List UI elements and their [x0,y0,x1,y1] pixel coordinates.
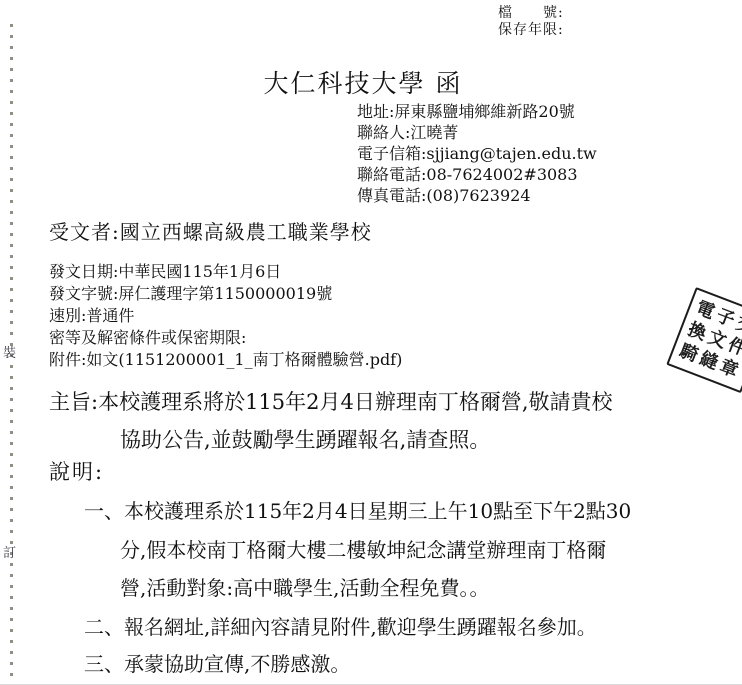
subject-line-2: 協助公告,並鼓勵學生踴躍報名,請查照。 [49,421,613,459]
explanation-item-1-line-2: 分,假本校南丁格爾大樓二樓敏坤紀念講堂辦理南丁格爾 [120,534,606,563]
explanation-item-1-line-1: 一、本校護理系於115年2月4日星期三上午10點至下午2點30 [84,495,631,524]
document-number: 發文字號:屏仁護理字第1150000019號 [49,283,402,305]
attachment-reference: 附件:如文(1151200001_1_南丁格爾體驗營.pdf) [49,349,402,371]
retention-period-label: 保存年限: [498,22,564,39]
margin-marker-stitch: 訂 [3,547,16,560]
issue-date: 發文日期:中華民國115年1月6日 [49,261,402,283]
sender-phone: 聯絡電話:08-7624002#3083 [357,164,597,185]
subject-line-1: 主旨:本校護理系將於115年2月4日辦理南丁格爾營,敬請貴校 [49,383,613,421]
explanation-heading: 說明: [49,456,104,486]
margin-marker-binding: 裝 [3,347,16,360]
sender-fax: 傳真電話:(08)7623924 [357,185,597,206]
priority-level: 速別:普通件 [49,305,402,327]
classification-block: 檔 號: 保存年限: [498,5,564,39]
subject-block: 主旨:本校護理系將於115年2月4日辦理南丁格爾營,敬請貴校 協助公告,並鼓勵學… [49,383,613,459]
document-title: 大仁科技大學 函 [0,64,726,100]
security-classification: 密等及解密條件或保密期限: [49,327,402,349]
explanation-item-2: 二、報名網址,詳細內容請見附件,歡迎學生踴躍報名參加。 [84,611,597,640]
sender-contact-person: 聯絡人:江曉菁 [357,122,597,143]
sender-contact-block: 地址:屏東縣鹽埔鄉維新路20號 聯絡人:江曉菁 電子信箱:sjjiang@taj… [357,101,597,206]
explanation-item-3: 三、承蒙協助宣傳,不勝感激。 [84,648,350,677]
sender-address: 地址:屏東縣鹽埔鄉維新路20號 [357,101,597,122]
document-meta-block: 發文日期:中華民國115年1月6日 發文字號:屏仁護理字第1150000019號… [49,261,402,371]
sender-email: 電子信箱:sjjiang@tajen.edu.tw [357,143,597,164]
electronic-exchange-seam-stamp: 電子交 換文件 騎縫章 [666,287,742,393]
recipient-line: 受文者:國立西螺高級農工職業學校 [49,216,372,245]
file-number-label: 檔 號: [498,5,564,22]
explanation-item-1-line-3: 營,活動對象:高中職學生,活動全程免費。。 [120,572,489,601]
official-letter-page: 裝 訂 檔 號: 保存年限: 大仁科技大學 函 地址:屏東縣鹽埔鄉維新路20號 … [0,0,742,685]
